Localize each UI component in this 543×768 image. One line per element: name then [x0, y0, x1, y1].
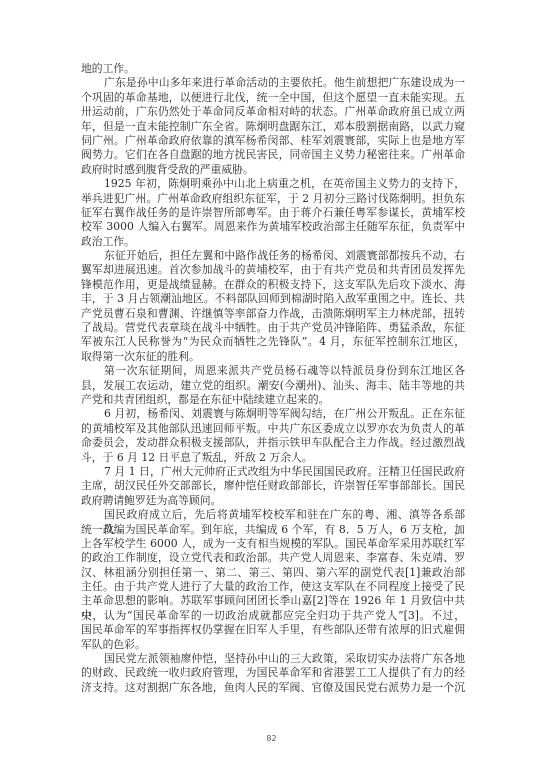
text-line: 国民党左派领袖廖仲恺，坚持孙中山的三大政策，采取切实办法将广东各地 [81, 652, 465, 666]
text-line: 翼军却进展迅速。首次参加战斗的黄埔校军，由于有共产党员和共青团员发挥先 [81, 263, 465, 277]
text-line: 校军 3000 人编入右翼军。周恩来作为黄埔军校政治部主任随军东征，负责军中 [81, 220, 465, 234]
text-line: 国民政府成立后，先后将黄埔军校校军和驻在广东的粤、湘、滇等各系部队， [81, 508, 465, 522]
text-line: 统一改编为国民革命军。到年底，共编成 6 个军，有 8．5 万人，6 万支枪，加 [81, 523, 465, 537]
text-line: 县，发展工农运动，建立党的组织。潮安(今潮州)、汕头、海丰、陆丰等地的共 [81, 379, 465, 393]
text-line: 征军右翼作战任务的是许崇智所部粤军。由于蒋介石兼任粤军参谋长，黄埔军校 [81, 206, 465, 220]
text-line: 国民革命军的军事指挥权仍掌握在旧军人手里，有些部队还带有浓厚的旧式雇佣 [81, 623, 465, 637]
text-line: 取得第一次东征的胜利。 [81, 350, 465, 364]
text-line: 主任。由于共产党人进行了大量的政治工作，使这支军队在不同程度上接受了民 [81, 580, 465, 594]
text-line: 的黄埔校军及其他部队迅速回师平叛。中共广东区委成立以罗亦农为负责人的革 [81, 422, 465, 436]
text-line: 军被东江人民称誉为“为民众而牺牲之先锋队”。4 月，东征军控制东江地区， [81, 335, 465, 349]
text-line: 央，认为“国民革命军的一切政治成就都应完全归功于共产党人”[3]。不过， [81, 609, 465, 623]
paragraph: 广东是孙中山多年来进行革命活动的主要依托。他生前想把广东建设成为一 个巩固的革命… [81, 76, 465, 177]
text-line: 了战局。营党代表章琰在战斗中牺牲。由于共产党员冲锋陷阵、勇猛杀敌，东征 [81, 321, 465, 335]
text-line: 主席，胡汉民任外交部部长，廖仲恺任财政部部长，许崇智任军事部部长。国民 [81, 479, 465, 493]
paragraph: 1925 年初，陈炯明乘孙中山北上病重之机，在英帝国主义势力的支持下， 举兵进犯… [81, 177, 465, 249]
page-number: 82 [0, 734, 543, 744]
paragraph: 7 月 1 日，广州大元帅府正式改组为中华民国国民政府。汪精卫任国民政府 主席，… [81, 465, 465, 508]
paragraph: 国民党左派领袖廖仲恺，坚持孙中山的三大政策，采取切实办法将广东各地 的财政、民政… [81, 652, 465, 695]
text-line: 伺广州。广州革命政府依靠的滇军杨希闵部、桂军刘震寰部，实际上也是地方军 [81, 134, 465, 148]
paragraph: 地的工作。 [81, 62, 465, 76]
paragraph: 国民政府成立后，先后将黄埔军校校军和驻在广东的粤、湘、滇等各系部队， 统一改编为… [81, 508, 465, 652]
text-line: 7 月 1 日，广州大元帅府正式改组为中华民国国民政府。汪精卫任国民政府 [81, 465, 465, 479]
text-line: 军队的色彩。 [81, 638, 465, 652]
text-line: 地的工作。 [81, 62, 465, 76]
text-line: 的财政、民政统一收归政府管理，为国民革命军和省港罢工工人提供了有力的经 [81, 666, 465, 680]
text-line: 产党和共青团组织，都是在东征中陆续建立起来的。 [81, 393, 465, 407]
text-line: 年，但是一直未能控制广东全省。陈炯明盘踞东江，邓本殷割据南路，以武力窥 [81, 120, 465, 134]
paragraph: 6 月初，杨希闵、刘震寰与陈炯明等军阀勾结，在广州公开叛乱。正在东征 的黄埔校军… [81, 407, 465, 465]
text-line: 阀势力。它们在各自盘踞的地方扰民害民，同帝国主义势力秘密往来。广州革命 [81, 148, 465, 162]
text-line: 锋模范作用，更是战绩显赫。在群众的积极支持下，这支军队先后攻下淡水、海 [81, 278, 465, 292]
text-line: 命委员会，发动群众积极支援部队，并指示铁甲车队配合主力作战。经过激烈战 [81, 436, 465, 450]
document-page: 地的工作。 广东是孙中山多年来进行革命活动的主要依托。他生前想把广东建设成为一 … [0, 0, 543, 768]
text-line: 的政治工作制度，设立党代表和政治部。共产党人周恩来、李富春、朱克靖、罗 [81, 551, 465, 565]
text-line: 卅运动前，广东仍然处于革命同反革命相对峙的状态。广州革命政府虽已成立两 [81, 105, 465, 119]
text-line: 个巩固的革命基地，以便进行北伐，统一全中国，但这个愿望一直未能实现。五 [81, 91, 465, 105]
body-text: 地的工作。 广东是孙中山多年来进行革命活动的主要依托。他生前想把广东建设成为一 … [81, 62, 465, 695]
text-line: 1925 年初，陈炯明乘孙中山北上病重之机，在英帝国主义势力的支持下， [81, 177, 465, 191]
text-line: 广东是孙中山多年来进行革命活动的主要依托。他生前想把广东建设成为一 [81, 76, 465, 90]
text-line: 政治工作。 [81, 235, 465, 249]
text-line: 举兵进犯广州。广州革命政府组织东征军，于 2 月初分三路讨伐陈炯明。担负东 [81, 192, 465, 206]
text-line: 主革命思想的影响。苏联军事顾问团团长季山嘉[2]等在 1926 年 1 月致信中… [81, 594, 465, 608]
paragraph: 东征开始后，担任左翼和中路作战任务的杨希闵、刘震寰部都按兵不动，右 翼军却进展迅… [81, 249, 465, 364]
text-line: 丰，于 3 月占领潮汕地区。不料部队回师到棉湖时陷入敌军重围之中。连长、共 [81, 292, 465, 306]
text-line: 上各军校学生 6000 人，成为一支有相当规模的军队。国民革命军采用苏联红军 [81, 537, 465, 551]
text-line: 产党员曹石泉和曹渊、许继慎等率部奋力作战，击溃陈炯明军主力林虎部，扭转 [81, 307, 465, 321]
text-line: 6 月初，杨希闵、刘震寰与陈炯明等军阀勾结，在广州公开叛乱。正在东征 [81, 407, 465, 421]
text-line: 济支持。这对割据广东各地，鱼肉人民的军阀、官僚及国民党右派势力是一个沉 [81, 681, 465, 695]
text-line: 东征开始后，担任左翼和中路作战任务的杨希闵、刘震寰部都按兵不动，右 [81, 249, 465, 263]
text-line: 汉、林祖涵分别担任第一、第二、第三、第四、第六军的副党代表[1]兼政治部 [81, 566, 465, 580]
text-line: 斗，于 6 月 12 日平息了叛乱，歼敌 2 万余人。 [81, 451, 465, 465]
text-line: 第一次东征期间，周恩来派共产党员杨石魂等以特派员身份到东江地区各 [81, 364, 465, 378]
paragraph: 第一次东征期间，周恩来派共产党员杨石魂等以特派员身份到东江地区各 县，发展工农运… [81, 364, 465, 407]
text-line: 政府时时感到腹背受敌的严重威胁。 [81, 163, 465, 177]
text-line: 政府聘请鲍罗廷为高等顾问。 [81, 494, 465, 508]
